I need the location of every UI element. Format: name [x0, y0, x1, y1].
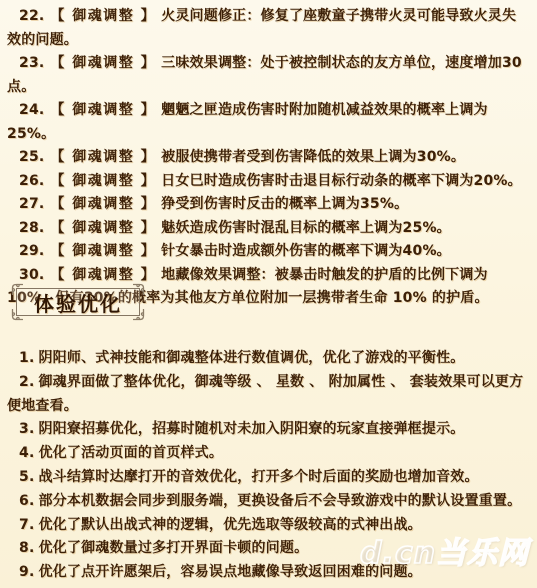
patch-note-item: 28.【 御魂调整 】魅妖造成伤害时混乱目标的概率上调为25%。 [7, 217, 528, 241]
item-text: 优化了御魂数量过多打开界面卡顿的问题。 [38, 540, 308, 556]
item-tag: 【 御魂调整 】 [50, 55, 156, 71]
patch-note-item: 22.【 御魂调整 】火灵问题修正：修复了座敷童子携带火灵可能导致火灵失效的问题… [7, 5, 528, 52]
item-text: 御魂界面做了整体优化，御魂等级 、 星数 、 附加属性 、 套装效果可以更方便地… [7, 374, 523, 414]
section-title-box: 体验优化 [16, 288, 140, 316]
patch-note-item: 2.御魂界面做了整体优化，御魂等级 、 星数 、 附加属性 、 套装效果可以更方… [7, 371, 528, 419]
item-number: 5. [19, 469, 34, 485]
scroll-corner-icon [133, 309, 146, 322]
soul-adjustment-list: 22.【 御魂调整 】火灵问题修正：修复了座敷童子携带火灵可能导致火灵失效的问题… [7, 5, 528, 311]
item-tag: 【 御魂调整 】 [50, 173, 156, 189]
item-number: 3. [19, 421, 34, 437]
item-tag: 【 御魂调整 】 [50, 243, 156, 259]
item-text: 日女巳时造成伤害时击退目标行动条的概率下调为20%。 [161, 173, 522, 189]
patch-note-item: 4.优化了活动页面的首页样式。 [7, 442, 528, 466]
item-number: 9. [19, 564, 34, 580]
item-number: 1. [19, 350, 34, 366]
item-number: 25. [19, 149, 44, 165]
item-text: 魅妖造成伤害时混乱目标的概率上调为25%。 [161, 220, 451, 236]
item-tag: 【 御魂调整 】 [50, 8, 156, 24]
patch-note-item: 23.【 御魂调整 】三味效果调整：处于被控制状态的友方单位，速度增加30点。 [7, 52, 528, 99]
item-number: 23. [19, 55, 44, 71]
patch-note-item: 27.【 御魂调整 】狰受到伤害时反击的概率上调为35%。 [7, 193, 528, 217]
scroll-corner-icon [133, 282, 146, 295]
item-text: 针女暴击时造成额外伤害的概率下调为40%。 [161, 243, 451, 259]
patch-note-item: 24.【 御魂调整 】魍魉之匣造成伤害时附加随机减益效果的概率上调为25%。 [7, 99, 528, 146]
item-number: 28. [19, 220, 44, 236]
item-number: 7. [19, 517, 34, 533]
patch-notes-page: 22.【 御魂调整 】火灵问题修正：修复了座敷童子携带火灵可能导致火灵失效的问题… [0, 0, 537, 588]
item-tag: 【 御魂调整 】 [50, 220, 156, 236]
scroll-corner-icon [10, 309, 23, 322]
item-number: 22. [19, 8, 44, 24]
item-number: 6. [19, 493, 34, 509]
scroll-corner-icon [10, 282, 23, 295]
section-title: 体验优化 [34, 288, 122, 317]
patch-note-item: 1.阴阳师、式神技能和御魂整体进行数值调优，优化了游戏的平衡性。 [7, 347, 528, 371]
item-text: 阴阳寮招募优化，招募时随机对未加入阴阳寮的玩家直接弹框提示。 [38, 421, 464, 437]
item-text: 被服使携带者受到伤害降低的效果上调为30%。 [161, 149, 465, 165]
item-text: 优化了活动页面的首页样式。 [38, 445, 223, 461]
patch-note-item: 5.战斗结算时达摩打开的音效优化，打开多个时后面的奖励也增加音效。 [7, 466, 528, 490]
item-number: 26. [19, 173, 44, 189]
patch-note-item: 26.【 御魂调整 】日女巳时造成伤害时击退目标行动条的概率下调为20%。 [7, 170, 528, 194]
item-number: 2. [19, 374, 34, 390]
item-number: 29. [19, 243, 44, 259]
item-tag: 【 御魂调整 】 [50, 149, 156, 165]
item-text: 狰受到伤害时反击的概率上调为35%。 [161, 196, 408, 212]
item-number: 30. [19, 267, 44, 283]
item-number: 8. [19, 540, 34, 556]
patch-note-item: 3.阴阳寮招募优化，招募时随机对未加入阴阳寮的玩家直接弹框提示。 [7, 418, 528, 442]
item-number: 4. [19, 445, 34, 461]
patch-note-item: 6.部分本机数据会同步到服务端，更换设备后不会导致游戏中的默认设置重置。 [7, 490, 528, 514]
patch-note-item: 29.【 御魂调整 】针女暴击时造成额外伤害的概率下调为40%。 [7, 240, 528, 264]
item-tag: 【 御魂调整 】 [50, 102, 156, 118]
watermark-logo: d.cn当乐网 [360, 528, 529, 572]
item-number: 27. [19, 196, 44, 212]
item-text: 战斗结算时达摩打开的音效优化，打开多个时后面的奖励也增加音效。 [38, 469, 478, 485]
item-tag: 【 御魂调整 】 [50, 196, 156, 212]
item-number: 24. [19, 102, 44, 118]
item-tag: 【 御魂调整 】 [50, 267, 156, 283]
item-text: 部分本机数据会同步到服务端，更换设备后不会导致游戏中的默认设置重置。 [38, 493, 521, 509]
patch-note-item: 25.【 御魂调整 】被服使携带者受到伤害降低的效果上调为30%。 [7, 146, 528, 170]
item-text: 阴阳师、式神技能和御魂整体进行数值调优，优化了游戏的平衡性。 [38, 350, 464, 366]
